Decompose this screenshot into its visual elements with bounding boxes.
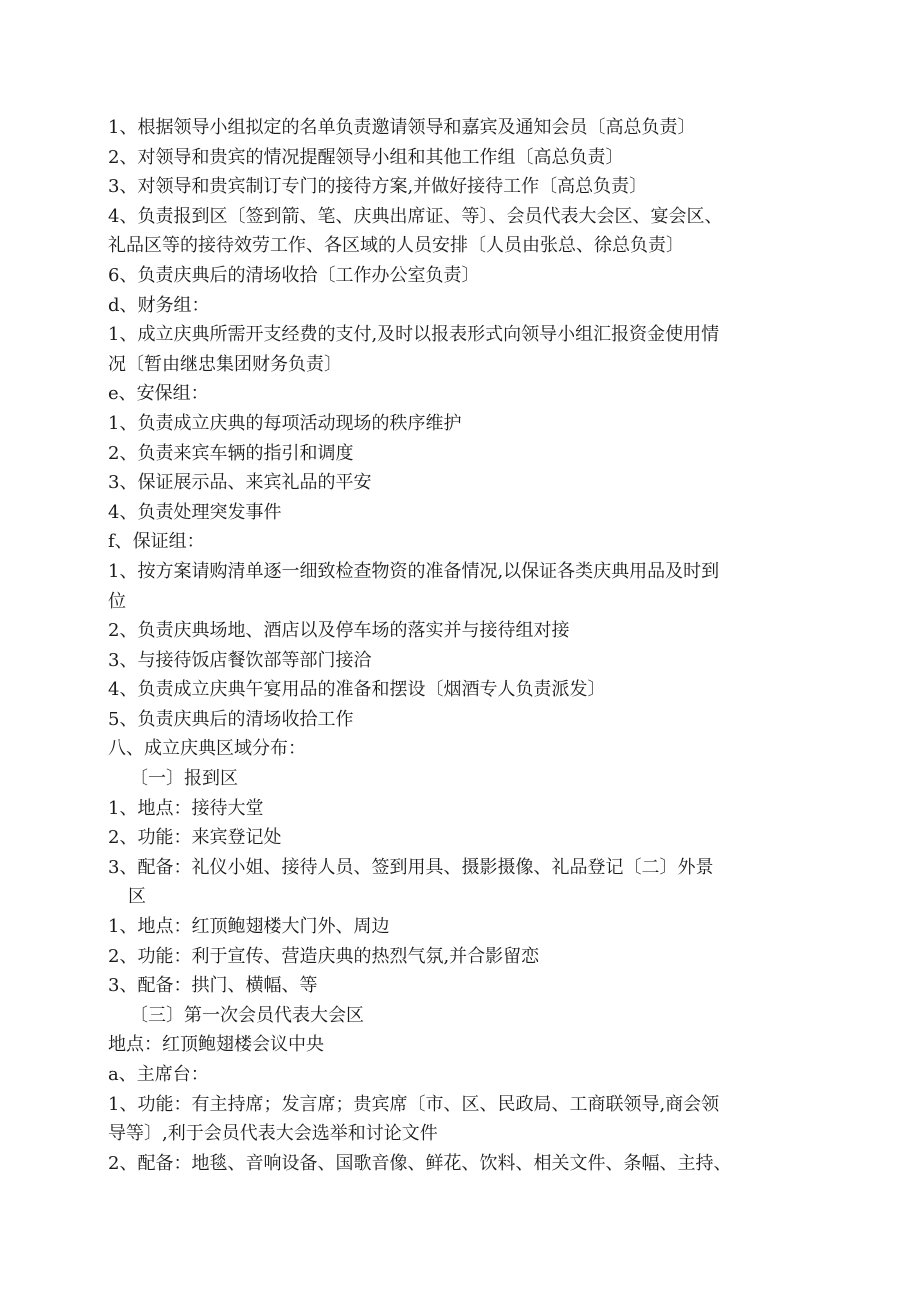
document-page: 1、根据领导小组拟定的名单负责邀请领导和嘉宾及通知会员〔高总负责〕 2、对领导和… (108, 113, 808, 1178)
text-line: 3、与接待饭店餐饮部等部门接洽 (108, 646, 808, 676)
text-line: 3、配备：拱门、横幅、等 (108, 971, 808, 1001)
section-heading: f、保证组： (108, 527, 808, 557)
text-line: 4、负责成立庆典午宴用品的准备和摆设〔烟酒专人负责派发〕 (108, 675, 808, 705)
text-line: 地点：红顶鲍翅楼会议中央 (108, 1030, 808, 1060)
text-line: 4、负责处理突发事件 (108, 498, 808, 528)
text-line: 5、负责庆典后的清场收拾工作 (108, 705, 808, 735)
subsection-heading: 〔一〕报到区 (108, 764, 808, 794)
text-line: 位 (108, 587, 808, 617)
text-line: 3、配备：礼仪小姐、接待人员、签到用具、摄影摄像、礼品登记〔二〕外景 (108, 853, 808, 883)
section-heading: d、财务组： (108, 291, 808, 321)
text-line: 2、功能：来宾登记处 (108, 823, 808, 853)
text-line: 1、功能：有主持席；发言席；贵宾席〔市、区、民政局、工商联领导,商会领 (108, 1090, 808, 1120)
text-line: 礼品区等的接待效劳工作、各区域的人员安排〔人员由张总、徐总负责〕 (108, 231, 808, 261)
text-line: 3、对领导和贵宾制订专门的接待方案,并做好接待工作〔高总负责〕 (108, 172, 808, 202)
text-line: 区 (108, 882, 808, 912)
text-line: 1、负责成立庆典的每项活动现场的秩序维护 (108, 409, 808, 439)
text-line: 6、负责庆典后的清场收拾〔工作办公室负责〕 (108, 261, 808, 291)
text-line: 2、配备：地毯、音响设备、国歌音像、鲜花、饮料、相关文件、条幅、主持、 (108, 1149, 808, 1179)
text-line: 1、按方案请购清单逐一细致检查物资的准备情况,以保证各类庆典用品及时到 (108, 557, 808, 587)
section-heading: e、安保组： (108, 379, 808, 409)
section-heading: a、主席台： (108, 1060, 808, 1090)
text-line: 2、负责庆典场地、酒店以及停车场的落实并与接待组对接 (108, 616, 808, 646)
text-line: 3、保证展示品、来宾礼品的平安 (108, 468, 808, 498)
text-line: 导等〕,利于会员代表大会选举和讨论文件 (108, 1119, 808, 1149)
text-line: 1、成立庆典所需开支经费的支付,及时以报表形式向领导小组汇报资金使用情 (108, 320, 808, 350)
chapter-heading: 八、成立庆典区域分布： (108, 734, 808, 764)
text-line: 2、对领导和贵宾的情况提醒领导小组和其他工作组〔高总负责〕 (108, 143, 808, 173)
subsection-heading: 〔三〕第一次会员代表大会区 (108, 1001, 808, 1031)
text-line: 1、地点：红顶鲍翅楼大门外、周边 (108, 912, 808, 942)
text-line: 2、负责来宾车辆的指引和调度 (108, 439, 808, 469)
text-line: 1、地点：接待大堂 (108, 794, 808, 824)
text-line: 4、负责报到区〔签到箭、笔、庆典出席证、等〕、会员代表大会区、宴会区、 (108, 202, 808, 232)
text-line: 况〔暂由继忠集团财务负责〕 (108, 350, 808, 380)
text-line: 2、功能：利于宣传、营造庆典的热烈气氛,并合影留恋 (108, 942, 808, 972)
text-line: 1、根据领导小组拟定的名单负责邀请领导和嘉宾及通知会员〔高总负责〕 (108, 113, 808, 143)
